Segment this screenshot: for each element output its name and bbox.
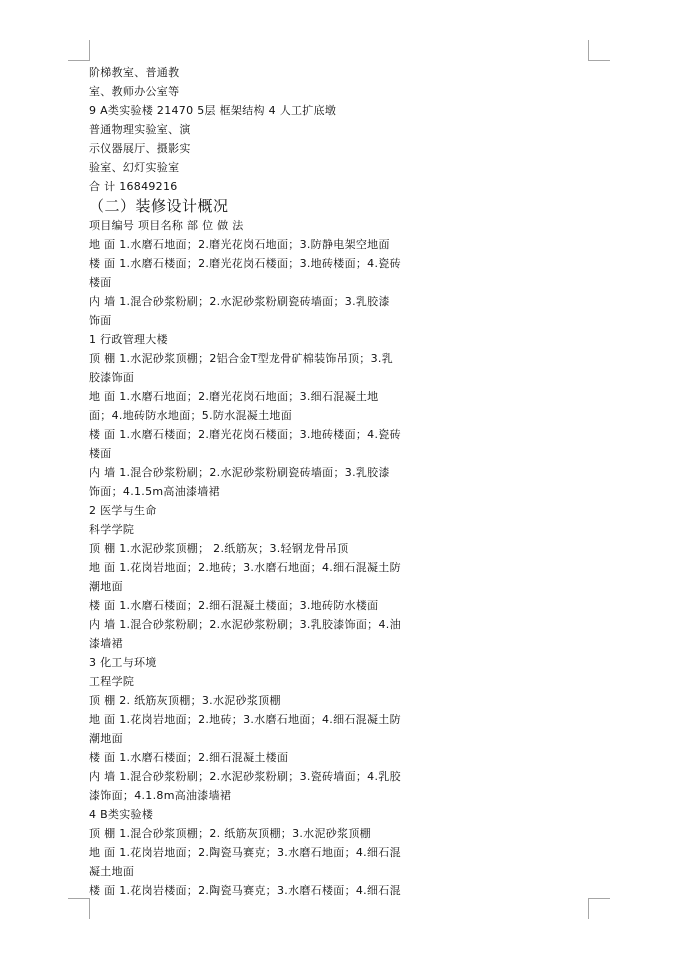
text-line: 科学学院 — [89, 520, 389, 539]
text-line: 内 墙 1.混合砂浆粉刷；2.水泥砂浆粉刷；3.乳胶漆饰面；4.油 — [89, 615, 389, 634]
crop-mark-bottom-left-h — [68, 898, 90, 899]
text-line: 楼 面 1.水磨石楼面；2.细石混凝土楼面；3.地砖防水楼面 — [89, 596, 389, 615]
text-line: 室、教师办公室等 — [89, 82, 389, 101]
crop-mark-top-left-v — [89, 40, 90, 61]
text-line: 胶漆饰面 — [89, 368, 389, 387]
text-line: 楼面 — [89, 273, 389, 292]
text-line: 内 墙 1.混合砂浆粉刷；2.水泥砂浆粉刷；3.瓷砖墙面；4.乳胶 — [89, 767, 389, 786]
text-line: 楼 面 1.水磨石楼面；2.磨光花岗石楼面；3.地砖楼面；4.瓷砖 — [89, 425, 389, 444]
text-line: 楼 面 1.水磨石楼面；2.磨光花岗石楼面；3.地砖楼面；4.瓷砖 — [89, 254, 389, 273]
project-title-line: 1 行政管理大楼 — [89, 330, 389, 349]
text-line: 地 面 1.花岗岩地面；2.地砖；3.水磨石地面；4.细石混凝土防 — [89, 710, 389, 729]
document-body: 阶梯教室、普通教 室、教师办公室等 9 A类实验楼 21470 5层 框架结构 … — [89, 63, 389, 900]
text-line: 顶 棚 1.水泥砂浆顶棚；2铝合金T型龙骨矿棉装饰吊顶；3.乳 — [89, 349, 389, 368]
text-line: 地 面 1.水磨石地面；2.磨光花岗石地面；3.细石混凝土地 — [89, 387, 389, 406]
text-line: 顶 棚 1.混合砂浆顶棚；2. 纸筋灰顶棚；3.水泥砂浆顶棚 — [89, 824, 389, 843]
crop-mark-bottom-right-h — [588, 898, 610, 899]
crop-mark-top-left-h — [68, 60, 90, 61]
text-line: 内 墙 1.混合砂浆粉刷；2.水泥砂浆粉刷瓷砖墙面；3.乳胶漆 — [89, 292, 389, 311]
text-line: 楼面 — [89, 444, 389, 463]
text-line: 楼 面 1.花岗岩楼面；2.陶瓷马赛克；3.水磨石楼面；4.细石混 — [89, 881, 389, 900]
text-line: 地 面 1.水磨石地面；2.磨光花岗石地面；3.防静电架空地面 — [89, 235, 389, 254]
total-line: 合 计 16849216 — [89, 177, 389, 196]
project-title-line: 3 化工与环境 — [89, 653, 389, 672]
text-line: 普通物理实验室、演 — [89, 120, 389, 139]
text-line: 工程学院 — [89, 672, 389, 691]
crop-mark-top-right-h — [588, 60, 610, 61]
crop-mark-top-right-v — [588, 40, 589, 61]
text-line: 凝土地面 — [89, 862, 389, 881]
project-title-line: 2 医学与生命 — [89, 501, 389, 520]
text-line: 漆墙裙 — [89, 634, 389, 653]
crop-mark-bottom-left-v — [89, 898, 90, 919]
text-line: 楼 面 1.水磨石楼面；2.细石混凝土楼面 — [89, 748, 389, 767]
text-line: 内 墙 1.混合砂浆粉刷；2.水泥砂浆粉刷瓷砖墙面；3.乳胶漆 — [89, 463, 389, 482]
text-line: 示仪器展厅、摄影实 — [89, 139, 389, 158]
text-line: 饰面；4.1.5m高油漆墙裙 — [89, 482, 389, 501]
text-line: 地 面 1.花岗岩地面；2.地砖；3.水磨石地面；4.细石混凝土防 — [89, 558, 389, 577]
text-line: 阶梯教室、普通教 — [89, 63, 389, 82]
crop-mark-bottom-right-v — [588, 898, 589, 919]
text-line: 顶 棚 1.水泥砂浆顶棚； 2.纸筋灰；3.轻钢龙骨吊顶 — [89, 539, 389, 558]
section-heading: （二）装修设计概况 — [89, 196, 389, 216]
text-line: 9 A类实验楼 21470 5层 框架结构 4 人工扩底墩 — [89, 101, 389, 120]
text-line: 面；4.地砖防水地面；5.防水混凝土地面 — [89, 406, 389, 425]
text-line: 顶 棚 2. 纸筋灰顶棚；3.水泥砂浆顶棚 — [89, 691, 389, 710]
text-line: 验室、幻灯实验室 — [89, 158, 389, 177]
text-line: 地 面 1.花岗岩地面；2.陶瓷马赛克；3.水磨石地面；4.细石混 — [89, 843, 389, 862]
text-line: 潮地面 — [89, 577, 389, 596]
text-line: 潮地面 — [89, 729, 389, 748]
text-line: 漆饰面；4.1.8m高油漆墙裙 — [89, 786, 389, 805]
text-line: 饰面 — [89, 311, 389, 330]
table-header-line: 项目编号 项目名称 部 位 做 法 — [89, 216, 389, 235]
project-title-line: 4 B类实验楼 — [89, 805, 389, 824]
